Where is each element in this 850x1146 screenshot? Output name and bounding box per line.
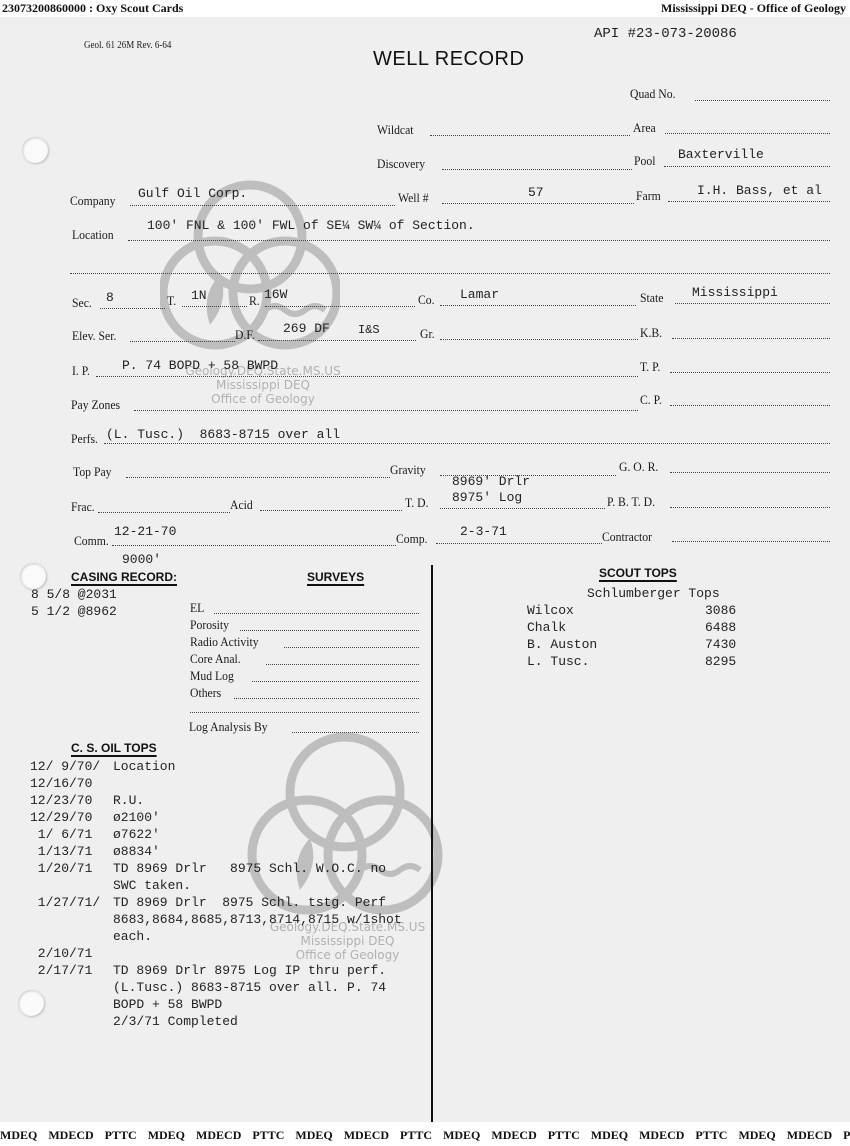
footer-label: MDECD — [344, 1128, 389, 1142]
field-cp[interactable] — [670, 405, 830, 406]
label-gr: Gr. — [420, 326, 435, 342]
label-farm: Farm — [636, 188, 661, 204]
value-location: 100' FNL & 100' FWL of SE¼ SW¼ of Sectio… — [147, 218, 475, 233]
label-frac: Frac. — [71, 499, 95, 515]
footer-label: PTTC — [105, 1128, 137, 1142]
field-farm[interactable] — [668, 201, 830, 202]
value-perfs: (L. Tusc.) 8683-8715 over all — [106, 427, 340, 442]
field-pbtd[interactable] — [670, 507, 830, 508]
footer-bar: MDEQMDECDPTTCMDEQMDECDPTTCMDEQMDECDPTTCM… — [0, 1125, 850, 1146]
survey-item-others: Others — [190, 685, 221, 701]
label-pay-zones: Pay Zones — [71, 397, 120, 413]
label-elev-ser: Elev. Ser. — [72, 328, 116, 344]
field-frac[interactable] — [98, 512, 230, 513]
footer-label: MDECD — [787, 1128, 832, 1142]
log-date: 1/13/71 — [30, 844, 92, 859]
value-comm: 12-21-70 — [114, 524, 176, 539]
label-gor: G. O. R. — [619, 459, 658, 475]
label-location: Location — [72, 227, 114, 243]
record-id-title: 23073200860000 : Oxy Scout Cards — [2, 0, 183, 17]
field-comp[interactable] — [436, 543, 602, 544]
field-wildcat[interactable] — [430, 135, 630, 136]
label-contractor: Contractor — [602, 529, 652, 545]
field-r[interactable] — [265, 306, 415, 307]
label-cp: C. P. — [640, 392, 662, 408]
log-date: 12/23/70 — [30, 793, 92, 808]
api-number: API #23-073-20086 — [594, 26, 737, 42]
field-survey-radio-activity[interactable] — [284, 647, 419, 648]
field-well-no[interactable] — [442, 203, 634, 204]
footer-label: PTTC — [400, 1128, 432, 1142]
footer-label: MDEQ — [591, 1128, 628, 1142]
log-text: TD 8969 Drlr 8975 Log IP thru perf. — [113, 963, 386, 978]
value-df: 269 DF — [283, 321, 330, 336]
field-location-line2[interactable] — [70, 273, 830, 274]
label-area: Area — [633, 120, 656, 136]
label-comm: Comm. — [74, 533, 109, 549]
label-comp: Comp. — [396, 531, 428, 547]
column-divider — [431, 565, 433, 1122]
field-contractor[interactable] — [672, 541, 830, 542]
footer-label: MDEQ — [295, 1128, 332, 1142]
field-location[interactable] — [128, 240, 830, 241]
footer-label: MDECD — [196, 1128, 241, 1142]
value-well-no: 57 — [528, 185, 544, 200]
hole-punch-top — [22, 137, 48, 163]
value-company: Gulf Oil Corp. — [138, 186, 247, 201]
value-td-drlr: 8969' Drlr — [452, 474, 530, 489]
scout-top-name: B. Auston — [527, 637, 597, 652]
log-date: 12/16/70 — [30, 776, 92, 791]
field-kb[interactable] — [672, 338, 830, 339]
log-text: ø7622' — [113, 827, 160, 842]
value-farm: I.H. Bass, et al — [697, 183, 822, 198]
label-td: T. D. — [405, 495, 429, 511]
log-text: ø2100' — [113, 810, 160, 825]
field-tp[interactable] — [670, 372, 830, 373]
scout-top-name: L. Tusc. — [527, 654, 589, 669]
scout-top-depth: 3086 — [705, 603, 736, 618]
log-text: Location — [113, 759, 175, 774]
label-r: R. — [249, 293, 260, 309]
footer-label: MDECD — [491, 1128, 536, 1142]
surveys-title: SURVEYS — [307, 570, 364, 584]
field-perfs[interactable] — [104, 443, 830, 444]
field-comm[interactable] — [112, 545, 396, 546]
label-sec: Sec. — [72, 295, 92, 311]
field-co[interactable] — [440, 305, 636, 306]
log-date: 2/17/71 — [30, 963, 92, 978]
scout-top-name: Chalk — [527, 620, 566, 635]
scout-top-depth: 6488 — [705, 620, 736, 635]
field-gor[interactable] — [670, 472, 830, 473]
survey-item-porosity: Porosity — [190, 617, 229, 633]
field-td[interactable] — [440, 508, 605, 509]
label-tp: T. P. — [640, 359, 660, 375]
footer-label: MDECD — [48, 1128, 93, 1142]
field-quad-no[interactable] — [695, 100, 830, 101]
hole-punch-middle — [20, 563, 46, 589]
agency-title: Mississippi DEQ - Office of Geology — [661, 0, 846, 17]
value-r: 16W — [264, 287, 287, 302]
value-sec: 8 — [106, 290, 114, 305]
value-proposed-depth: 9000' — [122, 552, 161, 567]
value-ip: P. 74 BOPD + 58 BWPD — [122, 358, 278, 373]
survey-item-core-anal: Core Anal. — [190, 651, 241, 667]
field-survey-core-anal[interactable] — [266, 664, 419, 665]
field-acid[interactable] — [260, 510, 402, 511]
label-acid: Acid — [230, 497, 253, 513]
field-survey-el[interactable] — [214, 613, 419, 614]
value-pool: Baxterville — [678, 147, 764, 162]
field-ip[interactable] — [96, 376, 638, 377]
footer-label: PTTC — [252, 1128, 284, 1142]
log-text: each. — [113, 929, 152, 944]
footer-label: PTTC — [695, 1128, 727, 1142]
log-text: SWC taken. — [113, 878, 191, 893]
field-gr[interactable] — [440, 339, 638, 340]
log-text: TD 8969 Drlr 8975 Schl. tstg. Perf — [113, 895, 386, 910]
scout-tops-subtitle: Schlumberger Tops — [587, 586, 720, 601]
survey-item-el: EL — [190, 600, 204, 616]
value-state: Mississippi — [692, 285, 778, 300]
page-title: WELL RECORD — [373, 48, 524, 71]
field-discovery[interactable] — [442, 169, 632, 170]
footer-label: MDECD — [639, 1128, 684, 1142]
field-sec[interactable] — [100, 308, 165, 309]
field-survey-blank[interactable] — [190, 712, 419, 713]
casing-record-title: CASING RECORD: — [71, 570, 177, 584]
log-text: (L.Tusc.) 8683-8715 over all. P. 74 — [113, 980, 386, 995]
log-date: 1/27/71/ — [30, 895, 100, 910]
footer-label: MDEQ — [738, 1128, 775, 1142]
label-gravity: Gravity — [390, 462, 426, 478]
value-co: Lamar — [460, 287, 499, 302]
field-elev-ser[interactable] — [130, 341, 235, 342]
footer-label: MDEQ — [148, 1128, 185, 1142]
log-text: ø8834' — [113, 844, 160, 859]
field-top-pay[interactable] — [126, 477, 390, 478]
field-pay-zones[interactable] — [134, 410, 638, 411]
field-t[interactable] — [182, 306, 247, 307]
label-t: T. — [167, 293, 176, 309]
log-date: 2/10/71 — [30, 946, 92, 961]
label-df: D.F. — [235, 327, 255, 343]
form-number: Geol. 61 26M Rev. 6-64 — [84, 40, 171, 51]
label-ip: I. P. — [72, 363, 90, 379]
log-text: TD 8969 Drlr 8975 Schl. W.O.C. no — [113, 861, 386, 876]
label-kb: K.B. — [640, 325, 662, 341]
footer-label: PTTC — [548, 1128, 580, 1142]
log-date: 1/20/71 — [30, 861, 92, 876]
label-top-pay: Top Pay — [73, 464, 112, 480]
value-t: 1N — [191, 288, 207, 303]
label-pbtd: P. B. T. D. — [607, 494, 655, 510]
scout-top-depth: 7430 — [705, 637, 736, 652]
log-date: 12/ 9/70/ — [30, 759, 100, 774]
footer-label: MDEQ — [0, 1128, 37, 1142]
value-df-note: I&S — [358, 323, 380, 337]
footer-label: PTTC — [843, 1128, 850, 1142]
label-state: State — [640, 290, 663, 306]
field-survey-others[interactable] — [234, 698, 419, 699]
log-date: 1/ 6/71 — [30, 827, 92, 842]
hole-punch-bottom — [18, 990, 44, 1016]
label-perfs: Perfs. — [71, 431, 98, 447]
label-well-no: Well # — [398, 190, 429, 206]
field-log-analysis-by[interactable] — [292, 732, 419, 733]
scout-top-depth: 8295 — [705, 654, 736, 669]
log-text: 2/3/71 Completed — [113, 1014, 238, 1029]
label-quad-no: Quad No. — [630, 86, 675, 102]
label-discovery: Discovery — [377, 156, 425, 172]
scout-top-name: Wilcox — [527, 603, 574, 618]
log-text: BOPD + 58 BWPD — [113, 997, 222, 1012]
field-survey-porosity[interactable] — [240, 630, 419, 631]
field-state[interactable] — [675, 303, 830, 304]
label-pool: Pool — [634, 153, 655, 169]
field-area[interactable] — [665, 133, 830, 134]
field-df[interactable] — [258, 340, 416, 341]
log-text: 8683,8684,8685,8713,8714,8715 w/1shot — [113, 912, 402, 927]
survey-item-log-analysis-by: Log Analysis By — [189, 719, 268, 735]
casing-item: 8 5/8 @2031 — [31, 587, 117, 602]
footer-label: MDEQ — [443, 1128, 480, 1142]
header-bar: 23073200860000 : Oxy Scout Cards Mississ… — [0, 0, 850, 17]
log-date: 12/29/70 — [30, 810, 92, 825]
label-wildcat: Wildcat — [377, 122, 414, 138]
value-td-log: 8975' Log — [452, 490, 522, 505]
label-co: Co. — [418, 292, 435, 308]
survey-item-radio-activity: Radio Activity — [190, 634, 259, 650]
field-survey-mud-log[interactable] — [252, 681, 419, 682]
scout-tops-title: SCOUT TOPS — [599, 566, 677, 580]
cs-oil-tops-title: C. S. OIL TOPS — [71, 741, 157, 755]
value-comp: 2-3-71 — [460, 524, 507, 539]
casing-item: 5 1/2 @8962 — [31, 604, 117, 619]
field-company[interactable] — [130, 205, 395, 206]
survey-item-mud-log: Mud Log — [190, 668, 234, 684]
field-pool[interactable] — [664, 166, 830, 167]
log-text: R.U. — [113, 793, 144, 808]
label-company: Company — [70, 193, 116, 209]
